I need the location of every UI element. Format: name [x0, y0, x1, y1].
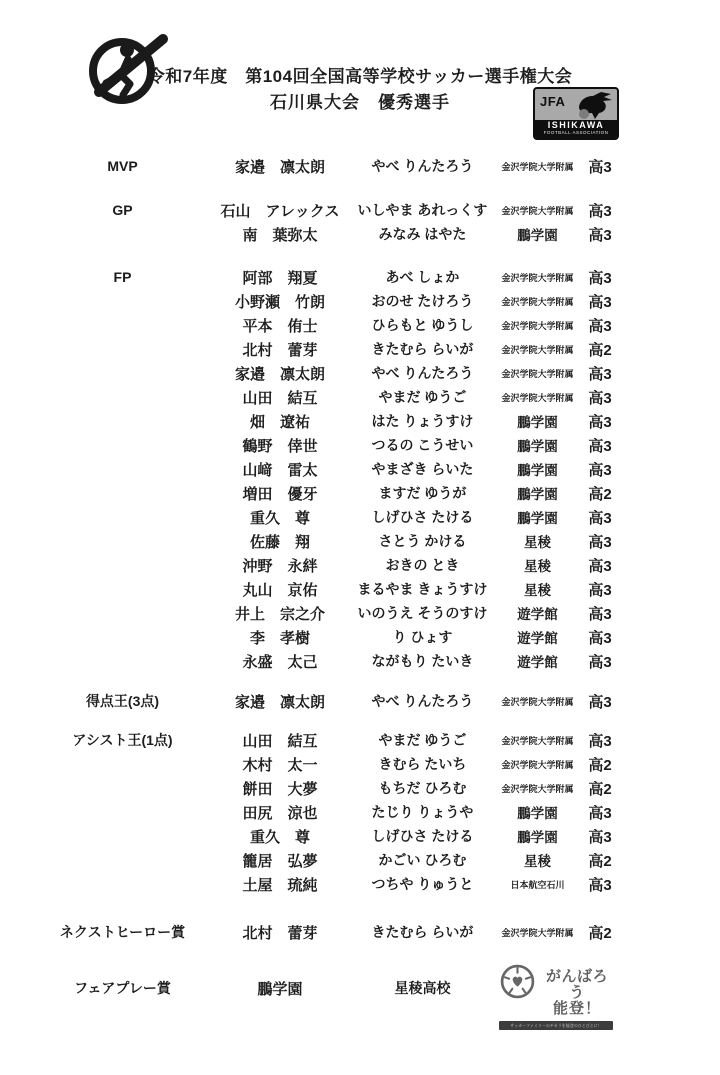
award-label: 得点王(3点) [30, 691, 215, 711]
award-section: 得点王(3点)家邉 凛太朗やべ りんたろう金沢学院大学附属高3 [0, 689, 720, 713]
school-name: 鵬学園 [500, 507, 575, 527]
player-name-reading: おきの とき [345, 555, 500, 575]
player-row: 田尻 涼也たじり りょうや鵬学園高3 [0, 800, 720, 824]
player-name-kanji: 田尻 涼也 [215, 802, 345, 823]
player-row: 増田 優牙ますだ ゆうが鵬学園高2 [0, 481, 720, 505]
school-name: 鵬学園 [500, 411, 575, 431]
awards-table: MVP家邉 凛太朗やべ りんたろう金沢学院大学附属高3GP石山 アレックスいしや… [0, 154, 720, 1000]
jfa-association-label: FOOTBALL ASSOCIATION [535, 130, 617, 136]
grade: 高3 [575, 387, 625, 408]
player-row: ネクストヒーロー賞北村 蕾芽きたむら らいが金沢学院大学附属高2 [0, 920, 720, 944]
player-name-kanji: 餅田 大夢 [215, 778, 345, 799]
school-name: 遊学館 [500, 627, 575, 647]
player-name-kanji: 家邉 凛太朗 [215, 156, 345, 177]
school-name: 金沢学院大学附属 [500, 343, 575, 356]
player-row: 山﨑 雷太やまざき らいた鵬学園高3 [0, 457, 720, 481]
jfa-badge-top: JFA [535, 89, 617, 120]
player-name-kanji: 家邉 凛太朗 [215, 691, 345, 712]
grade: 高3 [575, 315, 625, 336]
grade: 高2 [575, 754, 625, 775]
player-row: 山田 結互やまだ ゆうご金沢学院大学附属高3 [0, 385, 720, 409]
player-row: 畑 遼祐はた りょうすけ鵬学園高3 [0, 409, 720, 433]
award-label: アシスト王(1点) [30, 730, 215, 750]
school-name: 金沢学院大学附属 [500, 295, 575, 308]
grade: 高3 [575, 603, 625, 624]
player-name-kanji: 重久 尊 [215, 826, 345, 847]
school-name: 星稜 [500, 531, 575, 551]
school-name: 星稜 [500, 850, 575, 870]
player-name-reading: やまだ ゆうご [345, 387, 500, 407]
player-name-reading: やまざき らいた [345, 459, 500, 479]
school-name: 鵬学園 [500, 224, 575, 244]
school-name: 金沢学院大学附属 [500, 367, 575, 380]
player-row: 南 葉弥太みなみ はやた鵬学園高3 [0, 222, 720, 246]
player-row: FP阿部 翔夏あべ しょか金沢学院大学附属高3 [0, 265, 720, 289]
player-name-kanji: 阿部 翔夏 [215, 267, 345, 288]
player-name-reading: 星稜高校 [345, 978, 500, 998]
grade: 高3 [575, 267, 625, 288]
player-row: アシスト王(1点)山田 結互やまだ ゆうご金沢学院大学附属高3 [0, 728, 720, 752]
player-name-kanji: 山田 結互 [215, 387, 345, 408]
school-name: 金沢学院大学附属 [500, 160, 575, 173]
player-name-kanji: 佐藤 翔 [215, 531, 345, 552]
school-name: 鵬学園 [500, 435, 575, 455]
player-name-reading: やまだ ゆうご [345, 730, 500, 750]
award-section: FP阿部 翔夏あべ しょか金沢学院大学附属高3小野瀬 竹朗おのせ たけろう金沢学… [0, 265, 720, 673]
player-name-kanji: 沖野 永絆 [215, 555, 345, 576]
grade: 高2 [575, 850, 625, 871]
player-row: 李 孝樹り ひょす遊学館高3 [0, 625, 720, 649]
grade: 高3 [575, 531, 625, 552]
school-name: 金沢学院大学附属 [500, 758, 575, 771]
player-name-kanji: 家邉 凛太朗 [215, 363, 345, 384]
player-name-reading: ながもり たいき [345, 651, 500, 671]
player-row: 木村 太一きむら たいち金沢学院大学附属高2 [0, 752, 720, 776]
school-name: 金沢学院大学附属 [500, 695, 575, 708]
player-name-kanji: 丸山 京佑 [215, 579, 345, 600]
grade: 高3 [575, 730, 625, 751]
jfa-crow-icon [575, 92, 613, 120]
player-name-kanji: 小野瀬 竹朗 [215, 291, 345, 312]
soccer-ball-heart-icon [499, 963, 536, 1000]
player-name-kanji: 畑 遼祐 [215, 411, 345, 432]
school-name: 金沢学院大学附属 [500, 271, 575, 284]
player-row: 小野瀬 竹朗おのせ たけろう金沢学院大学附属高3 [0, 289, 720, 313]
player-name-reading: つちや りゅうと [345, 874, 500, 894]
player-name-reading: かごい ひろむ [345, 850, 500, 870]
player-name-kanji: 井上 宗之介 [215, 603, 345, 624]
grade: 高3 [575, 224, 625, 245]
school-name: 星稜 [500, 579, 575, 599]
player-row: 鶴野 倖世つるの こうせい鵬学園高3 [0, 433, 720, 457]
player-name-kanji: 永盛 太己 [215, 651, 345, 672]
player-name-kanji: 李 孝樹 [215, 627, 345, 648]
grade: 高3 [575, 291, 625, 312]
player-name-reading: きたむら らいが [345, 339, 500, 359]
grade: 高3 [575, 200, 625, 221]
player-name-kanji: 平本 侑士 [215, 315, 345, 336]
school-name: 鵬学園 [500, 459, 575, 479]
school-name: 鵬学園 [500, 802, 575, 822]
jfa-logo-text: JFA [540, 94, 565, 109]
player-row: 丸山 京佑まるやま きょうすけ星稜高3 [0, 577, 720, 601]
grade: 高3 [575, 651, 625, 672]
school-name: 金沢学院大学附属 [500, 782, 575, 795]
player-name-kanji: 山﨑 雷太 [215, 459, 345, 480]
player-name-reading: やべ りんたろう [345, 363, 500, 383]
player-name-kanji: 重久 尊 [215, 507, 345, 528]
player-name-reading: あべ しょか [345, 267, 500, 287]
grade: 高2 [575, 339, 625, 360]
school-name: 金沢学院大学附属 [500, 319, 575, 332]
award-section: ネクストヒーロー賞北村 蕾芽きたむら らいが金沢学院大学附属高2 [0, 920, 720, 944]
grade: 高3 [575, 826, 625, 847]
school-name: 鵬学園 [500, 483, 575, 503]
award-section: GP石山 アレックスいしやま あれっくす金沢学院大学附属高3南 葉弥太みなみ は… [0, 198, 720, 246]
grade: 高2 [575, 483, 625, 504]
school-name: 金沢学院大学附属 [500, 926, 575, 939]
player-name-kanji: 鶴野 倖世 [215, 435, 345, 456]
player-row: MVP家邉 凛太朗やべ りんたろう金沢学院大学附属高3 [0, 154, 720, 178]
player-row: 永盛 太己ながもり たいき遊学館高3 [0, 649, 720, 673]
school-name: 星稜 [500, 555, 575, 575]
grade: 高3 [575, 579, 625, 600]
player-name-kanji: 鵬学園 [215, 978, 345, 999]
noto-slogan-line1: がんばろう [541, 969, 613, 1001]
grade: 高3 [575, 435, 625, 456]
grade: 高3 [575, 691, 625, 712]
school-name: 日本航空石川 [500, 878, 575, 891]
player-row: 土屋 琉純つちや りゅうと日本航空石川高3 [0, 872, 720, 896]
player-row: 餅田 大夢もちだ ひろむ金沢学院大学附属高2 [0, 776, 720, 800]
player-name-kanji: 籠居 弘夢 [215, 850, 345, 871]
player-name-reading: しげひさ たける [345, 826, 500, 846]
award-label: MVP [30, 158, 215, 174]
player-row: 得点王(3点)家邉 凛太朗やべ りんたろう金沢学院大学附属高3 [0, 689, 720, 713]
player-name-reading: ますだ ゆうが [345, 483, 500, 503]
grade: 高3 [575, 459, 625, 480]
player-name-kanji: 増田 優牙 [215, 483, 345, 504]
noto-slogan-line2: 能登！ [541, 1001, 613, 1017]
grade: 高3 [575, 156, 625, 177]
grade: 高3 [575, 363, 625, 384]
grade: 高2 [575, 922, 625, 943]
grade: 高3 [575, 627, 625, 648]
player-name-reading: しげひさ たける [345, 507, 500, 527]
player-row: 籠居 弘夢かごい ひろむ星稜高2 [0, 848, 720, 872]
noto-slogan: がんばろう 能登！ [541, 963, 613, 1017]
award-section: MVP家邉 凛太朗やべ りんたろう金沢学院大学附属高3 [0, 154, 720, 178]
player-row: 佐藤 翔さとう かける星稜高3 [0, 529, 720, 553]
player-name-reading: さとう かける [345, 531, 500, 551]
player-name-reading: きむら たいち [345, 754, 500, 774]
school-name: 金沢学院大学附属 [500, 391, 575, 404]
player-name-reading: いのうえ そうのすけ [345, 603, 500, 623]
player-name-kanji: 山田 結互 [215, 730, 345, 751]
player-name-reading: まるやま きょうすけ [345, 579, 500, 599]
player-row: 沖野 永絆おきの とき星稜高3 [0, 553, 720, 577]
player-row: 井上 宗之介いのうえ そうのすけ遊学館高3 [0, 601, 720, 625]
player-name-reading: たじり りょうや [345, 802, 500, 822]
grade: 高3 [575, 411, 625, 432]
grade: 高2 [575, 778, 625, 799]
grade: 高3 [575, 555, 625, 576]
school-name: 鵬学園 [500, 826, 575, 846]
noto-caption-bar: サッカーファミリーのチカラを能登のひとびとに！ [499, 1021, 613, 1030]
award-label: FP [30, 269, 215, 285]
player-name-reading: はた りょうすけ [345, 411, 500, 431]
player-row: 重久 尊しげひさ たける鵬学園高3 [0, 824, 720, 848]
grade: 高3 [575, 802, 625, 823]
school-name: 遊学館 [500, 651, 575, 671]
noto-badge-top: がんばろう 能登！ [499, 963, 613, 1017]
player-row: GP石山 アレックスいしやま あれっくす金沢学院大学附属高3 [0, 198, 720, 222]
player-name-reading: つるの こうせい [345, 435, 500, 455]
award-label: ネクストヒーロー賞 [30, 922, 215, 942]
jfa-region-label: ISHIKAWA [535, 121, 617, 130]
award-label: フェアプレー賞 [30, 978, 215, 998]
player-name-kanji: 南 葉弥太 [215, 224, 345, 245]
player-name-kanji: 木村 太一 [215, 754, 345, 775]
player-row: 北村 蕾芽きたむら らいが金沢学院大学附属高2 [0, 337, 720, 361]
player-name-kanji: 北村 蕾芽 [215, 922, 345, 943]
player-name-reading: もちだ ひろむ [345, 778, 500, 798]
player-name-kanji: 土屋 琉純 [215, 874, 345, 895]
player-name-kanji: 石山 アレックス [215, 200, 345, 221]
grade: 高3 [575, 507, 625, 528]
player-name-reading: きたむら らいが [345, 922, 500, 942]
player-name-reading: やべ りんたろう [345, 691, 500, 711]
player-row: 重久 尊しげひさ たける鵬学園高3 [0, 505, 720, 529]
jfa-ishikawa-badge: JFA ISHIKAWA FOOTBALL ASSOCIATION [533, 87, 619, 140]
school-name: 金沢学院大学附属 [500, 204, 575, 217]
player-name-reading: いしやま あれっくす [345, 200, 500, 220]
document-page: 令和7年度 第104回全国高等学校サッカー選手権大会 石川県大会 優秀選手 JF… [0, 0, 720, 1075]
school-name: 遊学館 [500, 603, 575, 623]
player-name-kanji: 北村 蕾芽 [215, 339, 345, 360]
player-name-reading: みなみ はやた [345, 224, 500, 244]
school-name: 金沢学院大学附属 [500, 734, 575, 747]
grade: 高3 [575, 874, 625, 895]
player-name-reading: り ひょす [345, 627, 500, 647]
jfa-badge-band: ISHIKAWA FOOTBALL ASSOCIATION [535, 120, 617, 138]
award-section: アシスト王(1点)山田 結互やまだ ゆうご金沢学院大学附属高3木村 太一きむら … [0, 728, 720, 896]
ganbarou-noto-badge: がんばろう 能登！ サッカーファミリーのチカラを能登のひとびとに！ [499, 963, 613, 1030]
award-label: GP [30, 202, 215, 218]
player-name-reading: やべ りんたろう [345, 156, 500, 176]
player-row: 家邉 凛太朗やべ りんたろう金沢学院大学附属高3 [0, 361, 720, 385]
player-row: 平本 侑士ひらもと ゆうし金沢学院大学附属高3 [0, 313, 720, 337]
player-name-reading: ひらもと ゆうし [345, 315, 500, 335]
player-name-reading: おのせ たけろう [345, 291, 500, 311]
